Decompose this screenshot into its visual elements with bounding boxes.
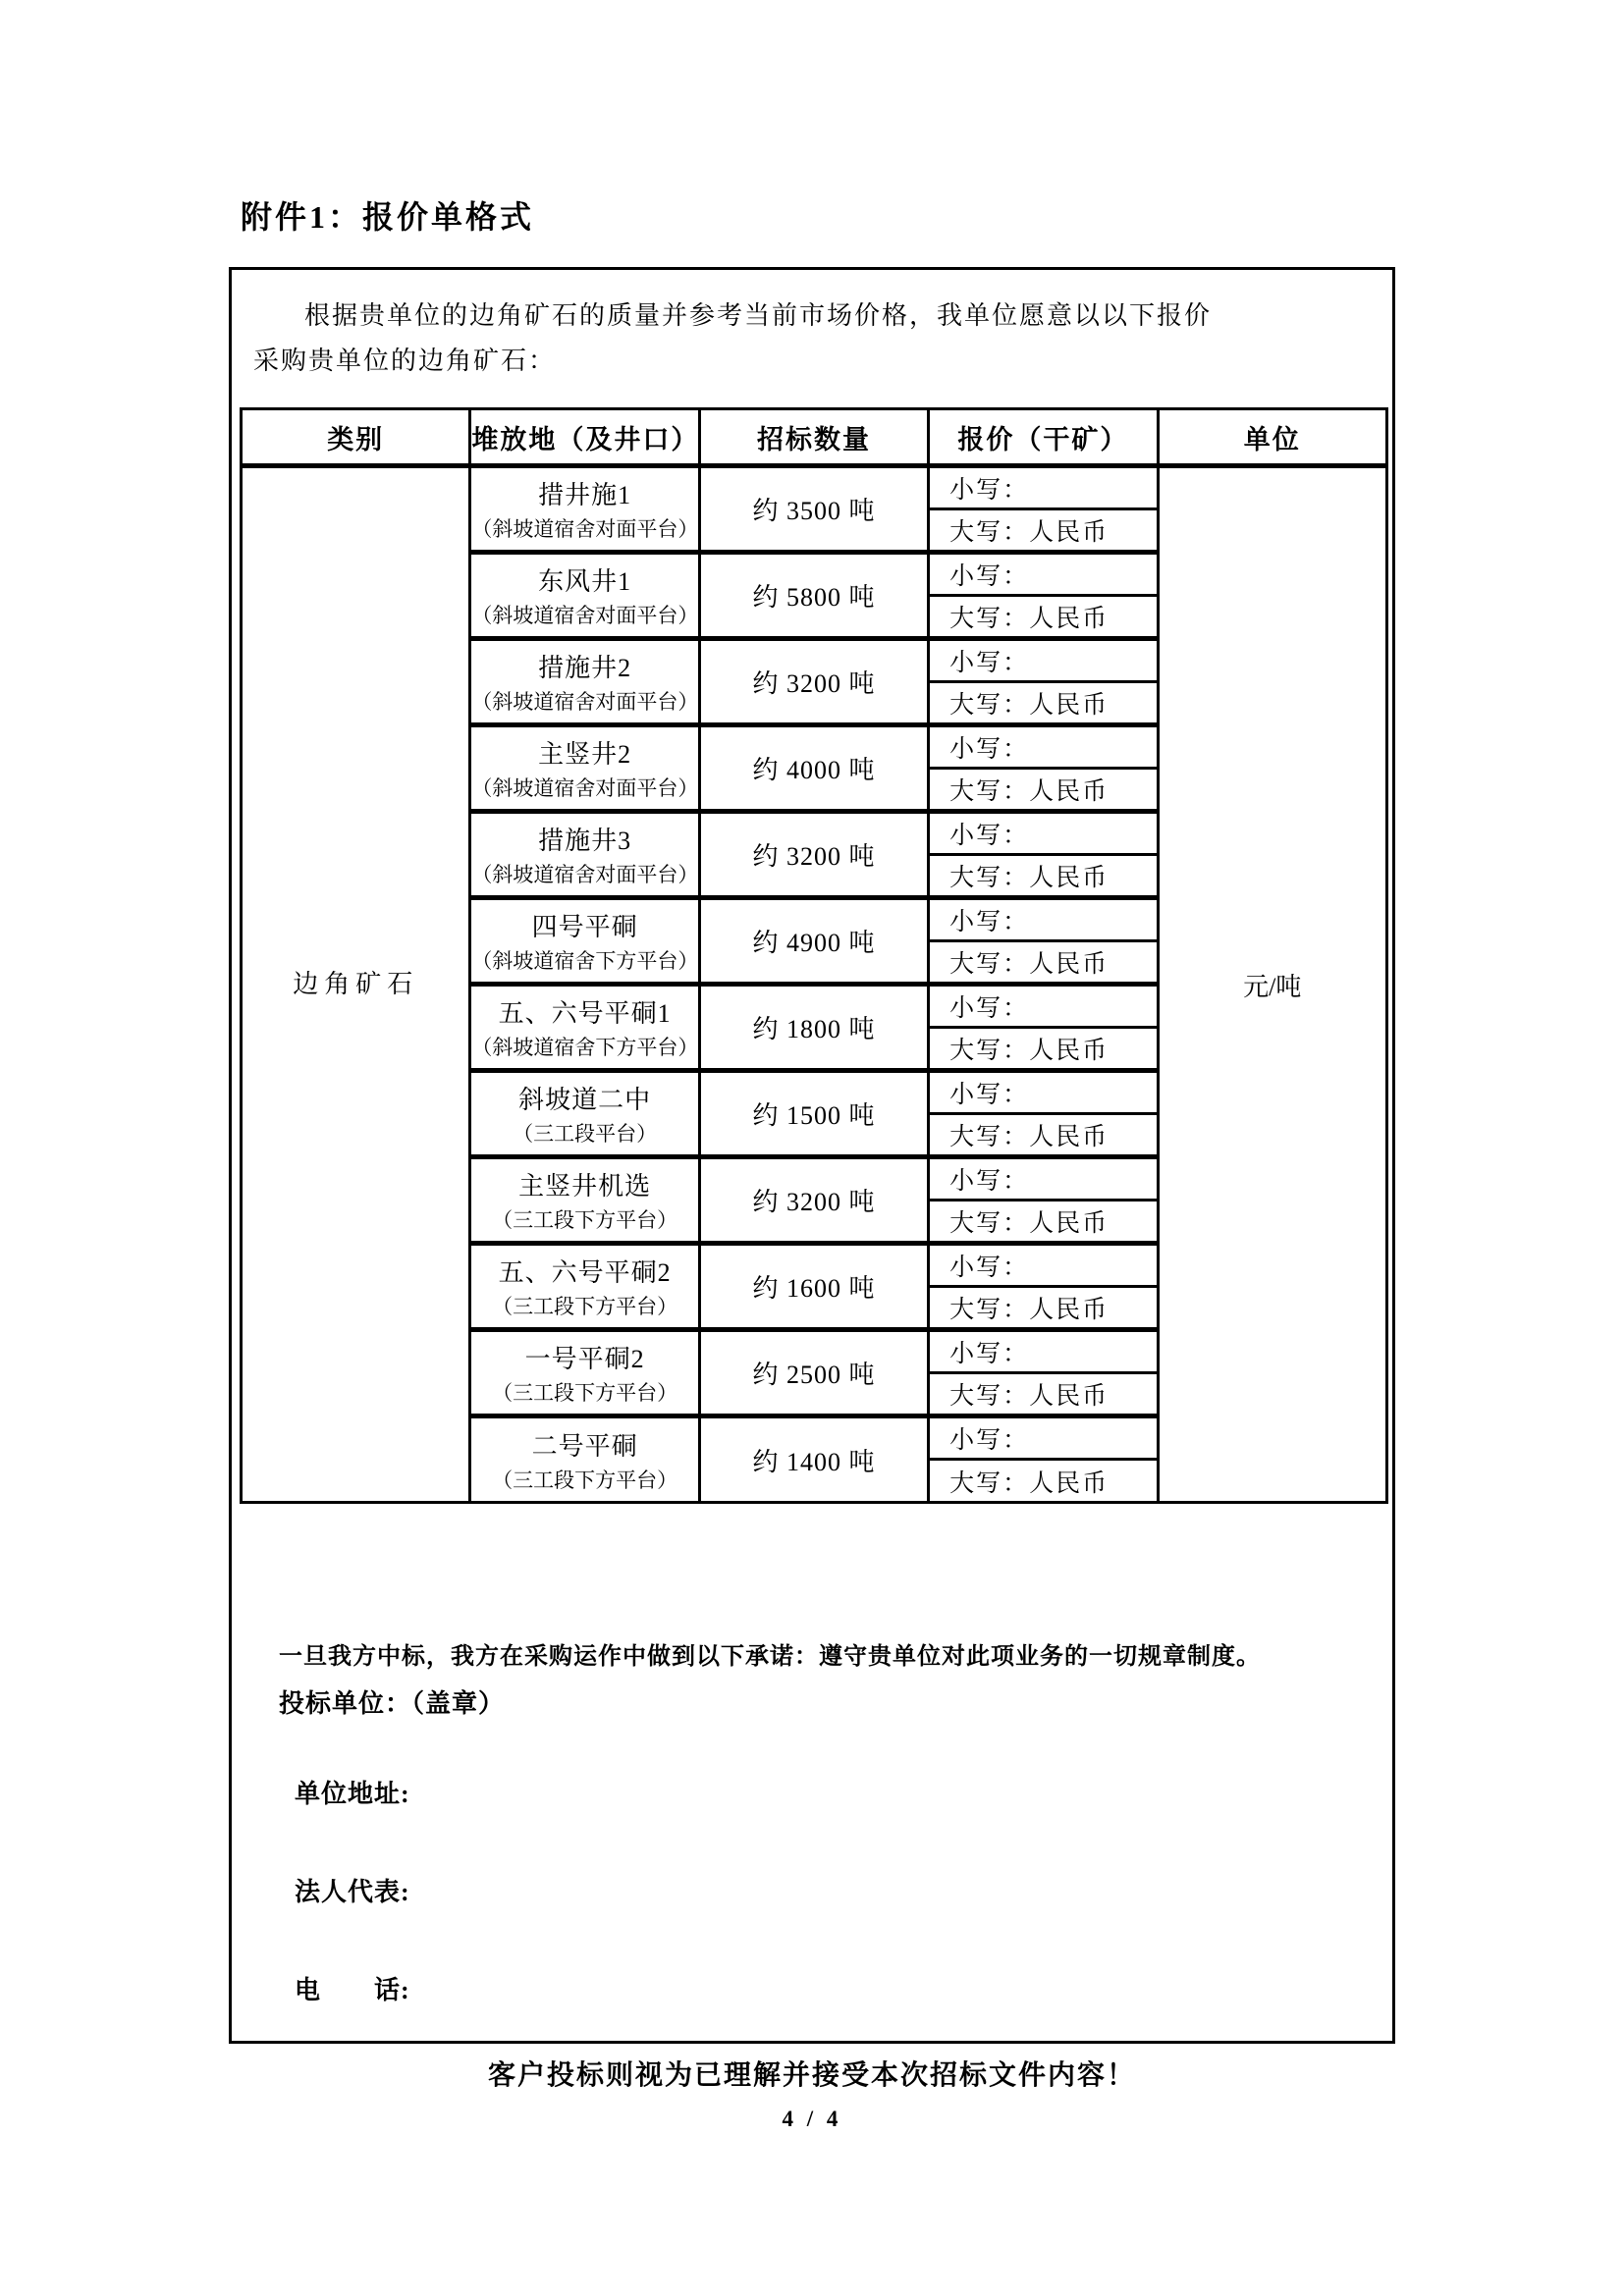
quote-small-cell: 小写： (929, 812, 1158, 855)
quote-big-cell: 大写：人民币 (929, 855, 1158, 898)
location-sub: （三工段平台） (471, 1118, 697, 1148)
location-sub: （斜坡道宿舍下方平台） (471, 945, 697, 975)
quote-big-cell: 大写：人民币 (929, 1460, 1158, 1503)
location-sub: （斜坡道宿舍对面平台） (471, 859, 697, 888)
document-page: 附件1：报价单格式 根据贵单位的边角矿石的质量并参考当前市场价格，我单位愿意以以… (0, 0, 1624, 2296)
legal-representative-label: 法人代表: (295, 1872, 410, 1908)
quote-big-cell: 大写：人民币 (929, 682, 1158, 725)
location-sub: （三工段下方平台） (471, 1291, 697, 1320)
intro-paragraph: 根据贵单位的边角矿石的质量并参考当前市场价格，我单位愿意以以下报价 采购贵单位的… (253, 294, 1367, 384)
commitment-statement: 一旦我方中标，我方在采购运作中做到以下承诺：遵守贵单位对此项业务的一切规章制度。 (279, 1636, 1261, 1671)
header-quantity: 招标数量 (699, 409, 928, 466)
location-cell: 一号平硐2 （三工段下方平台） (470, 1330, 699, 1416)
quote-big-cell: 大写：人民币 (929, 1028, 1158, 1071)
location-sub: （斜坡道宿舍下方平台） (471, 1032, 697, 1061)
quote-small-cell: 小写： (929, 553, 1158, 596)
quote-big-cell: 大写：人民币 (929, 941, 1158, 985)
quote-small-cell: 小写： (929, 1157, 1158, 1201)
location-name: 措井施1 (471, 475, 697, 511)
location-cell: 东风井1 （斜坡道宿舍对面平台） (470, 553, 699, 639)
location-name: 主竖井2 (471, 734, 697, 771)
quote-small-cell: 小写： (929, 725, 1158, 769)
location-cell: 五、六号平硐2 （三工段下方平台） (470, 1244, 699, 1330)
location-sub: （斜坡道宿舍对面平台） (471, 773, 697, 802)
quote-big-cell: 大写：人民币 (929, 1201, 1158, 1244)
quote-small-cell: 小写： (929, 639, 1158, 682)
location-sub: （三工段下方平台） (471, 1465, 697, 1494)
quote-big-cell: 大写：人民币 (929, 1287, 1158, 1330)
table-header-row: 类别 堆放地（及井口） 招标数量 报价（干矿） 单位 (242, 409, 1387, 466)
quantity-cell: 约 1400 吨 (699, 1416, 928, 1503)
page-title: 附件1：报价单格式 (241, 192, 534, 238)
quantity-cell: 约 1500 吨 (699, 1071, 928, 1157)
quote-small-cell: 小写： (929, 898, 1158, 941)
quantity-cell: 约 1800 吨 (699, 985, 928, 1071)
form-border-box: 根据贵单位的边角矿石的质量并参考当前市场价格，我单位愿意以以下报价 采购贵单位的… (229, 267, 1395, 2044)
location-name: 五、六号平硐1 (471, 993, 697, 1030)
quote-small-cell: 小写： (929, 1244, 1158, 1287)
header-unit: 单位 (1158, 409, 1386, 466)
location-cell: 二号平硐 （三工段下方平台） (470, 1416, 699, 1503)
phone-label: 电 话: (295, 1970, 410, 2006)
quantity-cell: 约 4900 吨 (699, 898, 928, 985)
bidder-unit-label: 投标单位：（盖章） (279, 1683, 505, 1720)
header-category: 类别 (242, 409, 470, 466)
location-name: 五、六号平硐2 (471, 1253, 697, 1289)
location-sub: （斜坡道宿舍对面平台） (471, 600, 697, 629)
location-cell: 五、六号平硐1 （斜坡道宿舍下方平台） (470, 985, 699, 1071)
quantity-cell: 约 5800 吨 (699, 553, 928, 639)
quote-small-cell: 小写： (929, 985, 1158, 1028)
quote-big-cell: 大写：人民币 (929, 596, 1158, 639)
header-quote: 报价（干矿） (929, 409, 1158, 466)
quote-small-cell: 小写： (929, 1416, 1158, 1460)
location-cell: 措施井3 （斜坡道宿舍对面平台） (470, 812, 699, 898)
quote-small-cell: 小写： (929, 1330, 1158, 1373)
location-name: 东风井1 (471, 561, 697, 598)
quantity-cell: 约 3200 吨 (699, 639, 928, 725)
quantity-cell: 约 3200 吨 (699, 812, 928, 898)
quote-big-cell: 大写：人民币 (929, 1114, 1158, 1157)
quantity-cell: 约 4000 吨 (699, 725, 928, 812)
quotation-table: 类别 堆放地（及井口） 招标数量 报价（干矿） 单位 边角矿石 措井施1 （斜坡… (240, 407, 1388, 1504)
intro-line-1: 根据贵单位的边角矿石的质量并参考当前市场价格，我单位愿意以以下报价 (253, 294, 1367, 339)
location-cell: 斜坡道二中 （三工段平台） (470, 1071, 699, 1157)
intro-line-2: 采购贵单位的边角矿石： (253, 339, 1367, 384)
page-number: 4 / 4 (0, 2107, 1624, 2132)
category-cell: 边角矿石 (242, 466, 470, 1503)
location-cell: 四号平硐 （斜坡道宿舍下方平台） (470, 898, 699, 985)
quantity-cell: 约 3200 吨 (699, 1157, 928, 1244)
quantity-cell: 约 1600 吨 (699, 1244, 928, 1330)
location-name: 一号平硐2 (471, 1339, 697, 1375)
location-sub: （三工段下方平台） (471, 1204, 697, 1234)
quantity-cell: 约 2500 吨 (699, 1330, 928, 1416)
unit-address-label: 单位地址: (295, 1774, 410, 1810)
location-cell: 措井施1 （斜坡道宿舍对面平台） (470, 466, 699, 553)
header-location: 堆放地（及井口） (470, 409, 699, 466)
location-sub: （斜坡道宿舍对面平台） (471, 686, 697, 716)
location-name: 四号平硐 (471, 907, 697, 943)
location-name: 措施井2 (471, 648, 697, 684)
quantity-cell: 约 3500 吨 (699, 466, 928, 553)
quote-small-cell: 小写： (929, 1071, 1158, 1114)
location-cell: 措施井2 （斜坡道宿舍对面平台） (470, 639, 699, 725)
location-cell: 主竖井2 （斜坡道宿舍对面平台） (470, 725, 699, 812)
quote-small-cell: 小写： (929, 466, 1158, 509)
location-name: 二号平硐 (471, 1426, 697, 1463)
table-row: 边角矿石 措井施1 （斜坡道宿舍对面平台） 约 3500 吨 小写： 元/吨 (242, 466, 1387, 509)
quote-big-cell: 大写：人民币 (929, 1373, 1158, 1416)
location-sub: （三工段下方平台） (471, 1377, 697, 1407)
location-name: 措施井3 (471, 821, 697, 857)
closing-statement: 客户投标则视为已理解并接受本次招标文件内容！ (0, 2054, 1624, 2093)
location-sub: （斜坡道宿舍对面平台） (471, 513, 697, 543)
location-name: 斜坡道二中 (471, 1080, 697, 1116)
location-cell: 主竖井机选 （三工段下方平台） (470, 1157, 699, 1244)
quote-big-cell: 大写：人民币 (929, 769, 1158, 812)
quote-big-cell: 大写：人民币 (929, 509, 1158, 553)
location-name: 主竖井机选 (471, 1166, 697, 1202)
unit-cell: 元/吨 (1158, 466, 1386, 1503)
